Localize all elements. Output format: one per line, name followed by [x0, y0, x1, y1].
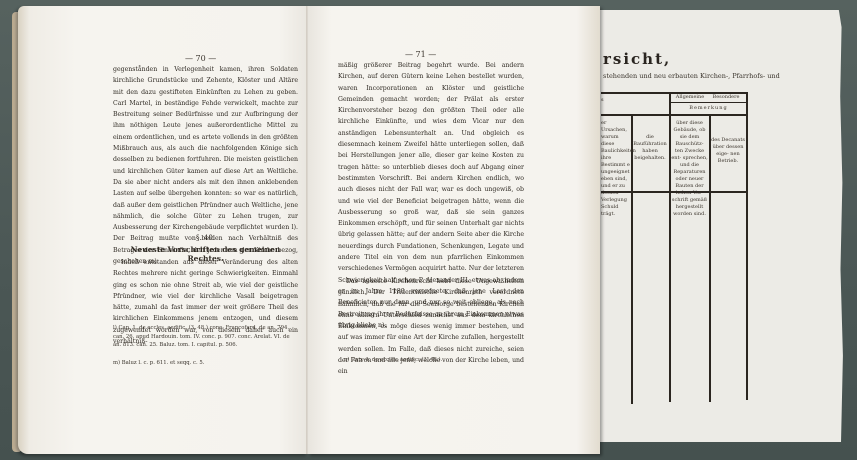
- right-page: — 71 — mäßig größerer Beitrag begehrt wu…: [308, 6, 600, 454]
- page-number: — 71 —: [405, 50, 436, 59]
- foldout-title: rsicht,: [603, 50, 671, 68]
- footnote: l) Cap. 1. de eccles. aedific. (3. 48.) …: [113, 324, 298, 350]
- table-header-left: s: [601, 97, 621, 103]
- table-header-group-1: Allgemeine: [673, 94, 707, 100]
- left-page: — 70 — gegenstånden in Verlegenheit kame…: [18, 6, 308, 454]
- table-rule: [601, 114, 746, 116]
- table-cell: über diese Gebäude, ob sie dem Bauschütz…: [671, 120, 708, 218]
- table-header-group-2: Besondere: [709, 94, 743, 100]
- page-number: — 70 —: [185, 54, 216, 63]
- table-rule: [601, 191, 746, 193]
- foldout-sheet: rsicht, stehenden und neu erbauten Kirch…: [575, 10, 847, 442]
- section-number: §. 40.: [113, 234, 298, 242]
- table-rule: [670, 102, 746, 103]
- table-column-rule: [746, 92, 748, 400]
- foldout-subtitle: stehenden und neu erbauten Kirchen-, Pfa…: [603, 72, 780, 80]
- table-cell: die Bauführation haben beigehalten.: [632, 134, 668, 162]
- overview-table: s Allgemeine Besondere Bemerkung er Ursa…: [601, 92, 746, 412]
- footnote: n) Cap. 4. de eccles. aedific. (3. 48.).: [344, 356, 530, 365]
- footnote: m) Baluz l. c. p. 611. et seqq. c. 5.: [113, 359, 298, 368]
- table-subheader: Bemerkung: [671, 105, 746, 111]
- table-cell: des Decanats über dessen eige- nen Betri…: [711, 137, 745, 165]
- table-cell: er Ursachen, warum diese Baulichkeiten i…: [601, 120, 630, 218]
